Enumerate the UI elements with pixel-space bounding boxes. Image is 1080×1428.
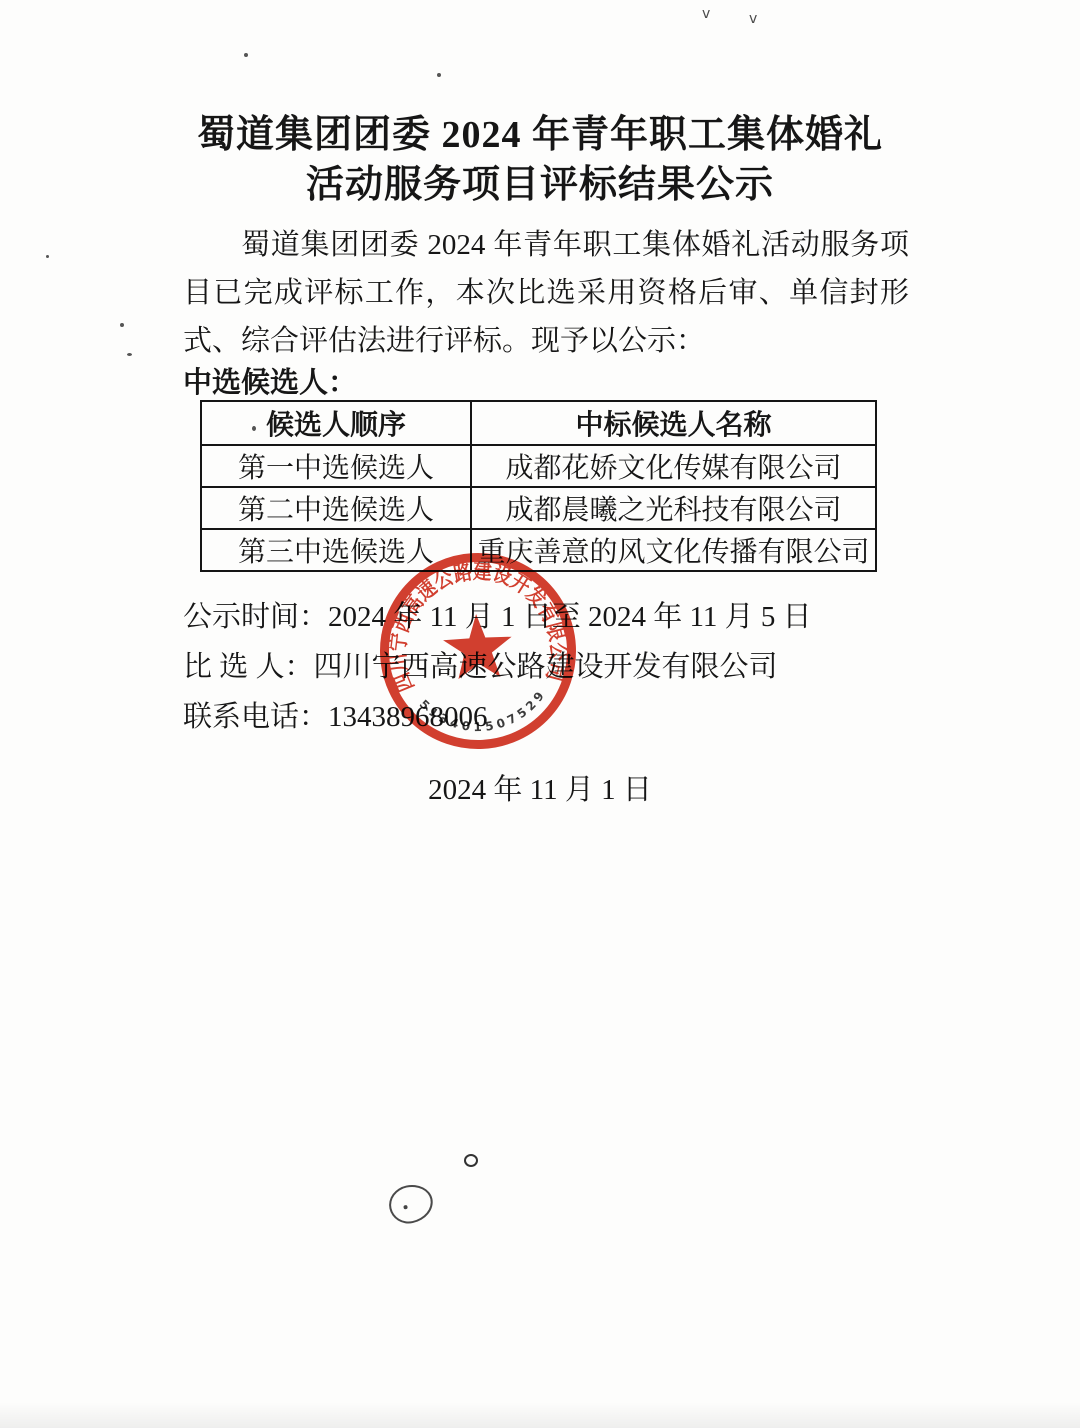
scan-artifact-speck: [244, 53, 248, 57]
table-header-name: 中标候选人名称: [471, 401, 876, 445]
contact-phone-line: 联系电话：13438968006: [183, 694, 812, 727]
table-cell-order: 第三中选候选人: [201, 529, 471, 571]
table-header-order: 候选人顺序: [201, 401, 471, 445]
scan-artifact-circle: [464, 1154, 478, 1167]
table-row: 第二中选候选人 成都晨曦之光科技有限公司: [201, 487, 876, 529]
document-title: 蜀道集团团委 2024 年青年职工集体婚礼 活动服务项目评标结果公示: [0, 110, 1080, 210]
scan-artifact-tick: v: [749, 11, 757, 27]
section-label: 中选候选人：: [183, 360, 357, 401]
selector-line: 比 选 人：四川宁西高速公路建设开发有限公司: [183, 644, 812, 677]
body-paragraph: 蜀道集团团委 2024 年青年职工集体婚礼活动服务项目已完成评标工作，本次比选采…: [183, 221, 909, 365]
title-line-2: 活动服务项目评标结果公示: [0, 160, 1080, 210]
date-line: 2024 年 11 月 1 日: [0, 767, 1080, 808]
candidates-table: 候选人顺序 中标候选人名称 第一中选候选人 成都花娇文化传媒有限公司 第二中选候…: [200, 400, 877, 572]
table-cell-name: 成都花娇文化传媒有限公司: [471, 445, 876, 487]
info-label: 比 选 人：: [183, 651, 314, 683]
document-page: v v 蜀道集团团委 2024 年青年职工集体婚礼 活动服务项目评标结果公示 蜀…: [0, 0, 1080, 1428]
scan-artifact-tick: v: [702, 6, 710, 22]
scan-artifact-speck: [127, 353, 132, 356]
table-cell-name: 重庆善意的风文化传播有限公司: [471, 529, 876, 571]
scan-artifact-circle: [386, 1181, 437, 1227]
info-label: 公示时间：: [183, 601, 328, 633]
table-row: 第三中选候选人 重庆善意的风文化传播有限公司: [201, 529, 876, 571]
table-cell-name: 成都晨曦之光科技有限公司: [471, 487, 876, 529]
scan-artifact-speck: [120, 323, 124, 327]
info-block: 公示时间：2024 年 11 月 1 日至 2024 年 11 月 5 日 比 …: [183, 594, 812, 744]
table-cell-order: 第一中选候选人: [201, 445, 471, 487]
publicity-period-line: 公示时间：2024 年 11 月 1 日至 2024 年 11 月 5 日: [183, 594, 812, 627]
info-value: 四川宁西高速公路建设开发有限公司: [314, 651, 778, 683]
table-cell-order: 第二中选候选人: [201, 487, 471, 529]
scan-artifact-speck: [46, 255, 49, 258]
info-value: 13438968006: [328, 701, 488, 733]
info-value: 2024 年 11 月 1 日至 2024 年 11 月 5 日: [328, 601, 812, 633]
scan-artifact-speck: [437, 73, 441, 77]
table-row: 第一中选候选人 成都花娇文化传媒有限公司: [201, 445, 876, 487]
table-header-row: 候选人顺序 中标候选人名称: [201, 401, 876, 445]
info-label: 联系电话：: [183, 701, 328, 733]
title-line-1: 蜀道集团团委 2024 年青年职工集体婚礼: [0, 110, 1080, 160]
